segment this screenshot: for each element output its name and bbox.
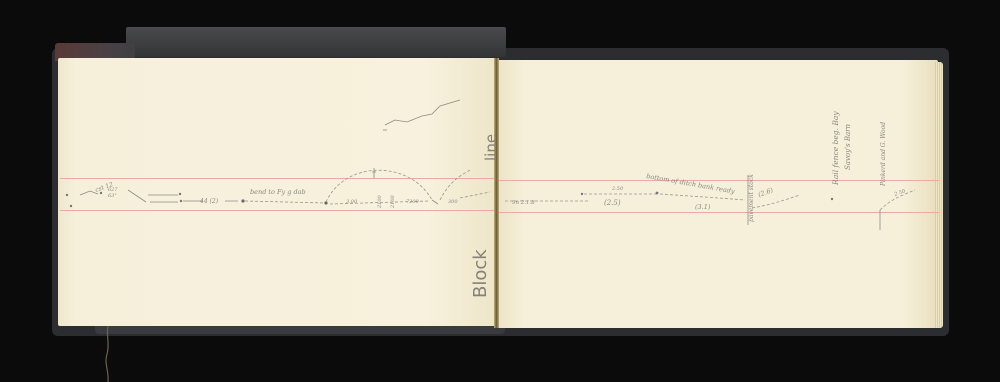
pencil-marks: cst 12 627 63" 44 (2) bend to Fy g dab 3… bbox=[0, 0, 1000, 382]
svg-text:Block: Block bbox=[470, 249, 491, 298]
right-page-annotations: 9n 2.1.8 2.50 (2.5) bottom of ditch bank… bbox=[512, 111, 907, 222]
svg-text:(2.6): (2.6) bbox=[757, 186, 775, 199]
svg-text:2100: 2100 bbox=[377, 194, 383, 209]
svg-text:(2.5): (2.5) bbox=[604, 199, 621, 207]
svg-text:2.50: 2.50 bbox=[611, 186, 624, 192]
svg-text:bend to Fy g dab: bend to Fy g dab bbox=[250, 188, 306, 196]
svg-text:Rail fence beg. Bay: Rail fence beg. Bay bbox=[831, 111, 840, 186]
block-line-label: Block line bbox=[470, 134, 500, 298]
svg-text:bottom of ditch bank ready: bottom of ditch bank ready bbox=[646, 172, 736, 195]
svg-text:Savoy's Barn: Savoy's Barn bbox=[844, 124, 852, 170]
svg-text:(3.1): (3.1) bbox=[695, 203, 711, 211]
svg-text:2 50: 2 50 bbox=[893, 188, 907, 198]
svg-text:2100: 2100 bbox=[390, 194, 396, 209]
svg-text:3.00: 3.00 bbox=[346, 199, 358, 205]
svg-text:300: 300 bbox=[448, 199, 458, 205]
svg-text:7200: 7200 bbox=[406, 199, 420, 205]
svg-text:63": 63" bbox=[108, 193, 117, 199]
svg-text:44 (2): 44 (2) bbox=[199, 198, 219, 205]
svg-text:line: line bbox=[482, 134, 500, 161]
svg-text:Pinkerd and G. Wood: Pinkerd and G. Wood bbox=[880, 122, 887, 187]
svg-text:9n 2.1.8: 9n 2.1.8 bbox=[512, 200, 535, 206]
svg-text:pavement stock: pavement stock bbox=[748, 174, 755, 222]
